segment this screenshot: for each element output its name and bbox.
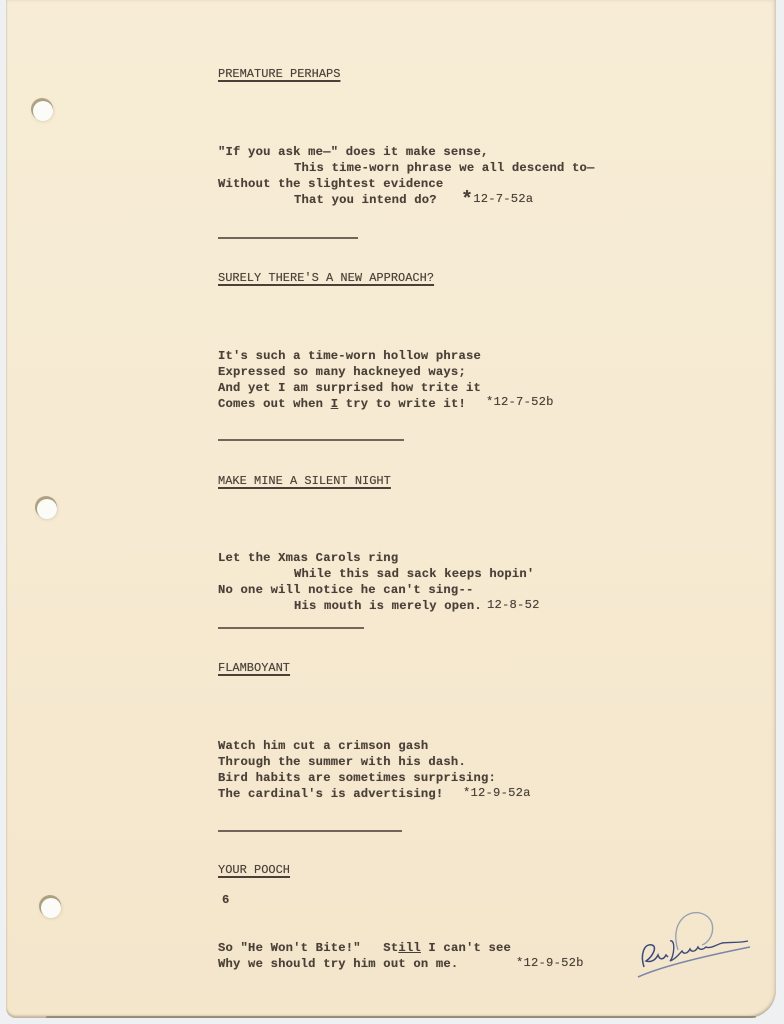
verse-line: Why we should try him out on me. xyxy=(218,956,511,972)
verse-line: Let the Xmas Carols ring xyxy=(218,550,534,566)
verse-line: Bird habits are sometimes surprising: xyxy=(218,770,496,786)
poem-date: *12-7-52a xyxy=(461,191,533,209)
poem-date: *12-7-52b xyxy=(486,394,554,410)
handwritten-signature xyxy=(630,905,760,990)
verse-line: While this sad sack keeps hopin' xyxy=(218,566,534,582)
verse-line: Through the summer with his dash. xyxy=(218,754,496,770)
verse-line: This time-worn phrase we all descend to— xyxy=(218,160,595,176)
poem-title: FLAMBOYANT xyxy=(218,660,290,676)
poem-body: "If you ask me—" does it make sense,This… xyxy=(218,112,595,224)
verse-line: And yet I am surprised how trite it xyxy=(218,380,481,396)
verse-line: Without the slightest evidence xyxy=(218,176,595,192)
emphasis-text: ill xyxy=(398,941,421,955)
poem-body: So "He Won't Bite!" Still I can't seeWhy… xyxy=(218,908,511,988)
section-divider xyxy=(218,237,358,239)
verse-line: No one will notice he can't sing-- xyxy=(218,582,534,598)
poem-title: YOUR POOCH xyxy=(218,862,290,878)
poem-date: *12-9-52a xyxy=(463,785,531,801)
section-divider xyxy=(218,627,364,629)
verse-text: I can't see xyxy=(421,941,511,955)
verse-line: "If you ask me—" does it make sense, xyxy=(218,144,595,160)
date-text: 12-7-52a xyxy=(473,192,533,206)
verse-line: The cardinal's is advertising! xyxy=(218,786,496,802)
verse-line: It's such a time-worn hollow phrase xyxy=(218,348,481,364)
verse-line: So "He Won't Bite!" Still I can't see xyxy=(218,940,511,956)
poem-date: 12-8-52 xyxy=(487,597,540,613)
poem-body: Let the Xmas Carols ringWhile this sad s… xyxy=(218,518,534,630)
verse-line: Expressed so many hackneyed ways; xyxy=(218,364,481,380)
poem-title: PREMATURE PERHAPS xyxy=(218,66,340,82)
section-divider xyxy=(218,439,404,441)
verse-line: Comes out when I try to write it! xyxy=(218,396,481,412)
poem-title: MAKE MINE A SILENT NIGHT xyxy=(218,473,391,489)
verse-line: Watch him cut a crimson gash xyxy=(218,738,496,754)
verse-text: So "He Won't Bite!" St xyxy=(218,941,398,955)
section-divider xyxy=(218,830,402,832)
asterisk-mark: * xyxy=(461,189,473,212)
binder-hole xyxy=(41,898,61,918)
poem-date: *12-9-52b xyxy=(516,955,584,971)
verse-line: That you intend do? xyxy=(218,192,595,208)
poem-body: It's such a time-worn hollow phraseExpre… xyxy=(218,316,481,428)
verse-text: Comes out when xyxy=(218,397,331,411)
poem-title: SURELY THERE'S A NEW APPROACH? xyxy=(218,270,434,286)
binder-hole xyxy=(37,499,57,519)
correction-mark: 6 xyxy=(222,894,230,906)
verse-text: try to write it! xyxy=(338,397,466,411)
binder-hole xyxy=(33,101,53,121)
poem-body: Watch him cut a crimson gashThrough the … xyxy=(218,706,496,818)
